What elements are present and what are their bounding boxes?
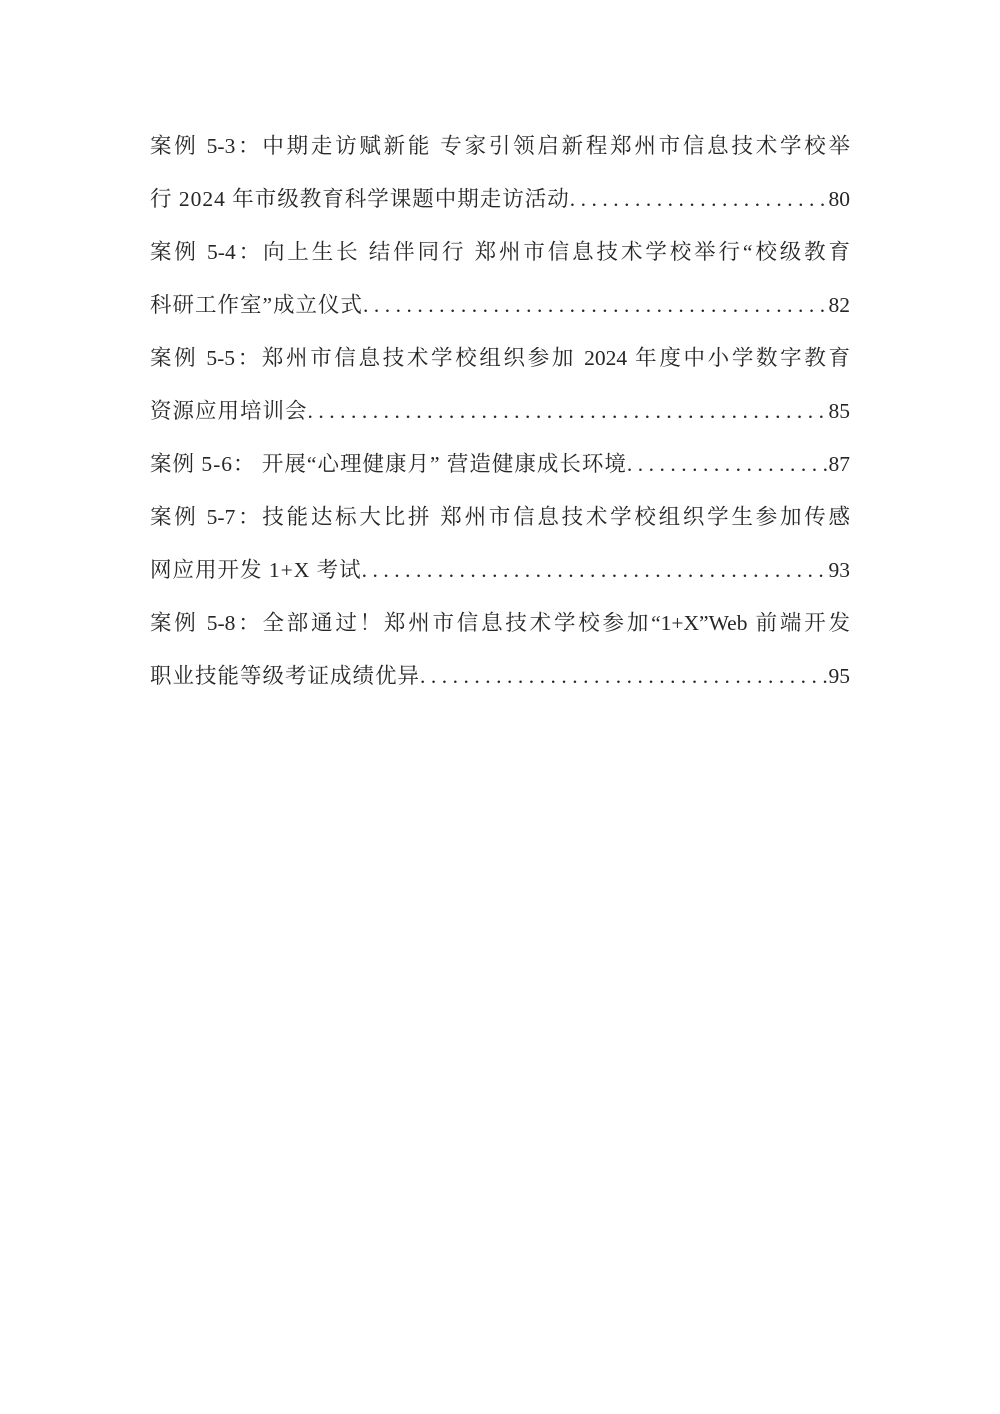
toc-entry-title: 科研工作室”成立仪式 xyxy=(150,279,363,332)
page-number: 85 xyxy=(828,385,851,438)
toc-entry-title-line: 案例 5-4：向上生长 结伴同行 郑州市信息技术学校举行“校级教育 xyxy=(150,226,850,279)
table-of-contents: 案例 5-3：中期走访赋新能 专家引领启新程郑州市信息技术学校举 行 2024 … xyxy=(150,120,850,703)
toc-entry-leader-line: 职业技能等级考证成绩优异 ...........................… xyxy=(150,650,850,703)
toc-entry: 案例 5-4：向上生长 结伴同行 郑州市信息技术学校举行“校级教育 科研工作室”… xyxy=(150,226,850,332)
page-number: 82 xyxy=(828,279,851,332)
page-number: 95 xyxy=(828,650,851,703)
page-number: 87 xyxy=(828,438,851,491)
toc-entry-title: 资源应用培训会 xyxy=(150,385,308,438)
toc-entry: 案例 5-7：技能达标大比拼 郑州市信息技术学校组织学生参加传感 网应用开发 1… xyxy=(150,491,850,597)
toc-entry-title: 网应用开发 1+X 考试 xyxy=(150,544,362,597)
toc-entry-title-line: 案例 5-8：全部通过！郑州市信息技术学校参加“1+X”Web 前端开发 xyxy=(150,597,850,650)
toc-entry-title-line: 案例 5-3：中期走访赋新能 专家引领启新程郑州市信息技术学校举 xyxy=(150,120,850,173)
document-page: 案例 5-3：中期走访赋新能 专家引领启新程郑州市信息技术学校举 行 2024 … xyxy=(0,0,1000,1414)
toc-entry-title-line: 案例 5-7：技能达标大比拼 郑州市信息技术学校组织学生参加传感 xyxy=(150,491,850,544)
toc-entry: 案例 5-6： 开展“心理健康月” 营造健康成长环境 .............… xyxy=(150,438,850,491)
page-number: 93 xyxy=(828,544,851,597)
toc-entry-title: 行 2024 年市级教育科学课题中期走访活动 xyxy=(150,173,570,226)
dot-leader: ........................................… xyxy=(308,385,828,438)
dot-leader: ........................................… xyxy=(570,173,828,226)
toc-entry-leader-line: 行 2024 年市级教育科学课题中期走访活动 .................… xyxy=(150,173,850,226)
toc-entry-leader-line: 科研工作室”成立仪式 .............................… xyxy=(150,279,850,332)
toc-entry: 案例 5-5：郑州市信息技术学校组织参加 2024 年度中小学数字教育 资源应用… xyxy=(150,332,850,438)
toc-entry-leader-line: 案例 5-6： 开展“心理健康月” 营造健康成长环境 .............… xyxy=(150,438,850,491)
toc-entry: 案例 5-8：全部通过！郑州市信息技术学校参加“1+X”Web 前端开发 职业技… xyxy=(150,597,850,703)
toc-entry: 案例 5-3：中期走访赋新能 专家引领启新程郑州市信息技术学校举 行 2024 … xyxy=(150,120,850,226)
toc-entry-title-line: 案例 5-5：郑州市信息技术学校组织参加 2024 年度中小学数字教育 xyxy=(150,332,850,385)
dot-leader: ........................................… xyxy=(362,544,828,597)
toc-entry-leader-line: 网应用开发 1+X 考试 ...........................… xyxy=(150,544,850,597)
dot-leader: ........................................… xyxy=(420,650,827,703)
dot-leader: ........................................… xyxy=(363,279,827,332)
dot-leader: ........................................… xyxy=(627,438,828,491)
toc-entry-title: 案例 5-6： 开展“心理健康月” 营造健康成长环境 xyxy=(150,438,627,491)
toc-entry-title: 职业技能等级考证成绩优异 xyxy=(150,650,420,703)
toc-entry-leader-line: 资源应用培训会 ................................… xyxy=(150,385,850,438)
page-number: 80 xyxy=(828,173,851,226)
